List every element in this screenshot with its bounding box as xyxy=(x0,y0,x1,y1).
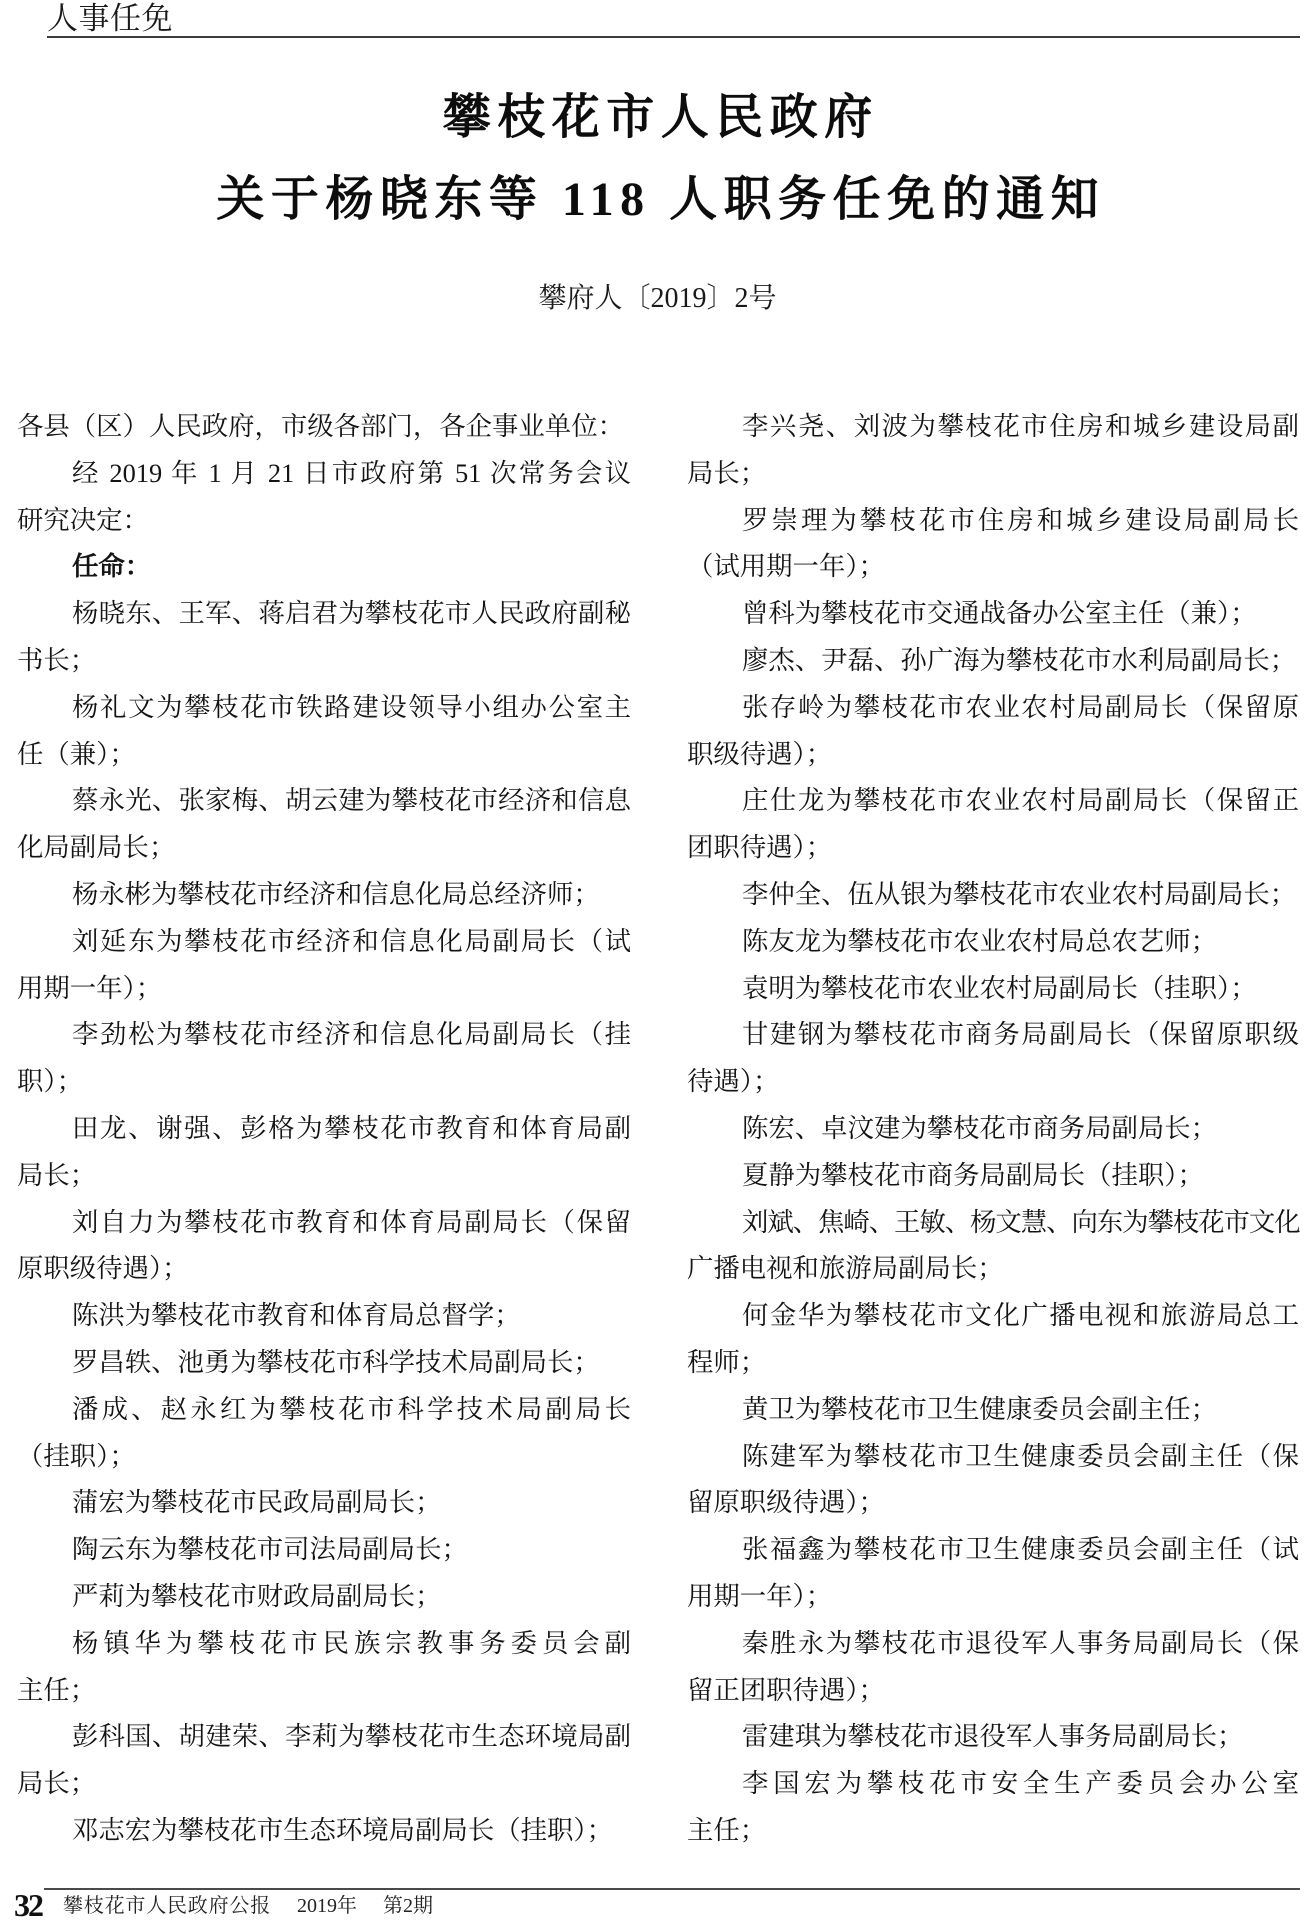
appointment-item: 庄仕龙为攀枝花市农业农村局副局长（保留正 团职待遇）； xyxy=(687,777,1299,871)
section-heading-appoint: 任命： xyxy=(17,543,631,590)
appointment-item: 潘成、赵永红为攀枝花市科学技术局副局长 （挂职）； xyxy=(17,1386,631,1480)
text-line: （挂职）； xyxy=(17,1433,631,1480)
appointment-item: 陈建军为攀枝花市卫生健康委员会副主任（保 留原职级待遇）； xyxy=(687,1433,1299,1527)
title-subject: 关于杨晓东等 118 人职务任免的通知 xyxy=(0,174,1315,226)
text-line: 化局副局长； xyxy=(17,824,631,871)
appointment-item: 黄卫为攀枝花市卫生健康委员会副主任； xyxy=(687,1386,1299,1433)
publication-issue: 第2期 xyxy=(383,1895,433,1917)
footer-publication-info: 攀枝花市人民政府公报2019年第2期 xyxy=(63,1893,433,1919)
text-line: 研究决定： xyxy=(17,497,631,544)
appointment-item: 李兴尧、刘波为攀枝花市住房和城乡建设局副 局长； xyxy=(687,403,1299,497)
text-line: 黄卫为攀枝花市卫生健康委员会副主任； xyxy=(687,1386,1299,1433)
text-line: 职级待遇）； xyxy=(687,731,1299,778)
appointment-item: 彭科国、胡建荣、李莉为攀枝花市生态环境局副 局长； xyxy=(17,1713,631,1807)
appointment-item: 刘斌、焦崎、王敏、杨文慧、向东为攀枝花市文化 广播电视和旅游局副局长； xyxy=(687,1199,1299,1293)
right-column: 李兴尧、刘波为攀枝花市住房和城乡建设局副 局长； 罗崇理为攀枝花市住房和城乡建设… xyxy=(687,403,1299,1854)
text-line: 廖杰、尹磊、孙广海为攀枝花市水利局副局长； xyxy=(687,637,1299,684)
appointment-item: 秦胜永为攀枝花市退役军人事务局副局长（保 留正团职待遇）； xyxy=(687,1620,1299,1714)
appointment-item: 刘延东为攀枝花市经济和信息化局副局长（试 用期一年）； xyxy=(17,918,631,1012)
text-line: 杨镇华为攀枝花市民族宗教事务委员会副 xyxy=(17,1620,631,1667)
appointment-item: 曾科为攀枝花市交通战备办公室主任（兼）； xyxy=(687,590,1299,637)
appointment-item: 陈友龙为攀枝花市农业农村局总农艺师； xyxy=(687,918,1299,965)
text-line: 雷建琪为攀枝花市退役军人事务局副局长； xyxy=(687,1713,1299,1760)
text-line: 陶云东为攀枝花市司法局副局长； xyxy=(17,1526,631,1573)
appointment-item: 杨晓东、王军、蒋启君为攀枝花市人民政府副秘 书长； xyxy=(17,590,631,684)
text-line: 各县（区）人民政府，市级各部门，各企事业单位： xyxy=(17,403,631,450)
text-line: 团职待遇）； xyxy=(687,824,1299,871)
text-line: 用期一年）； xyxy=(17,965,631,1012)
text-line: 刘延东为攀枝花市经济和信息化局副局长（试 xyxy=(17,918,631,965)
text-line: 甘建钢为攀枝花市商务局副局长（保留原职级 xyxy=(687,1011,1299,1058)
appointment-item: 杨永彬为攀枝花市经济和信息化局总经济师； xyxy=(17,871,631,918)
text-line: 主任； xyxy=(687,1807,1299,1854)
left-column: 各县（区）人民政府，市级各部门，各企事业单位： 经 2019 年 1 月 21 … xyxy=(17,403,631,1854)
appointment-item: 陈宏、卓汶建为攀枝花市商务局副局长； xyxy=(687,1105,1299,1152)
appointment-item: 陈洪为攀枝花市教育和体育局总督学； xyxy=(17,1292,631,1339)
appointment-item: 雷建琪为攀枝花市退役军人事务局副局长； xyxy=(687,1713,1299,1760)
appointment-item: 甘建钢为攀枝花市商务局副局长（保留原职级 待遇）； xyxy=(687,1011,1299,1105)
text-line: 主任； xyxy=(17,1667,631,1714)
text-line: 陈洪为攀枝花市教育和体育局总督学； xyxy=(17,1292,631,1339)
text-line: 秦胜永为攀枝花市退役军人事务局副局长（保 xyxy=(687,1620,1299,1667)
title-issuer: 攀枝花市人民政府 xyxy=(0,92,1315,144)
text-line: 田龙、谢强、彭格为攀枝花市教育和体育局副 xyxy=(17,1105,631,1152)
text-line: 陈宏、卓汶建为攀枝花市商务局副局长； xyxy=(687,1105,1299,1152)
text-line: （试用期一年）； xyxy=(687,543,1299,590)
text-line: 广播电视和旅游局副局长； xyxy=(687,1245,1299,1292)
text-line: 蒲宏为攀枝花市民政局副局长； xyxy=(17,1479,631,1526)
text-line: 局长； xyxy=(17,1760,631,1807)
document-number: 攀府人〔2019〕2号 xyxy=(0,283,1315,315)
text-line: 何金华为攀枝花市文化广播电视和旅游局总工 xyxy=(687,1292,1299,1339)
appointment-item: 罗昌轶、池勇为攀枝花市科学技术局副局长； xyxy=(17,1339,631,1386)
appointment-item: 田龙、谢强、彭格为攀枝花市教育和体育局副 局长； xyxy=(17,1105,631,1199)
appointment-item: 李仲全、伍从银为攀枝花市农业农村局副局长； xyxy=(687,871,1299,918)
text-line: 李兴尧、刘波为攀枝花市住房和城乡建设局副 xyxy=(687,403,1299,450)
salutation: 各县（区）人民政府，市级各部门，各企事业单位： xyxy=(17,403,631,450)
text-line: 书长； xyxy=(17,637,631,684)
appointment-item: 张存岭为攀枝花市农业农村局副局长（保留原 职级待遇）； xyxy=(687,684,1299,778)
text-line: 罗崇理为攀枝花市住房和城乡建设局副局长 xyxy=(687,497,1299,544)
appointment-item: 罗崇理为攀枝花市住房和城乡建设局副局长 （试用期一年）； xyxy=(687,497,1299,591)
appointment-item: 刘自力为攀枝花市教育和体育局副局长（保留 原职级待遇）； xyxy=(17,1199,631,1293)
appointment-item: 何金华为攀枝花市文化广播电视和旅游局总工 程师； xyxy=(687,1292,1299,1386)
text-line: 李仲全、伍从银为攀枝花市农业农村局副局长； xyxy=(687,871,1299,918)
text-line: 原职级待遇）； xyxy=(17,1245,631,1292)
publication-name: 攀枝花市人民政府公报 xyxy=(63,1895,271,1917)
bulletin-page: 人事任免 攀枝花市人民政府 关于杨晓东等 118 人职务任免的通知 攀府人〔20… xyxy=(0,0,1315,1924)
page-number: 32 xyxy=(14,1888,42,1922)
text-line: 用期一年）； xyxy=(687,1573,1299,1620)
appointment-item: 李劲松为攀枝花市经济和信息化局副局长（挂 职）； xyxy=(17,1011,631,1105)
text-line: 严莉为攀枝花市财政局副局长； xyxy=(17,1573,631,1620)
text-line: 任（兼）； xyxy=(17,731,631,778)
text-line: 陈友龙为攀枝花市农业农村局总农艺师； xyxy=(687,918,1299,965)
text-line: 蔡永光、张家梅、胡云建为攀枝花市经济和信息 xyxy=(17,777,631,824)
text-line: 夏静为攀枝花市商务局副局长（挂职）； xyxy=(687,1152,1299,1199)
text-line: 曾科为攀枝花市交通战备办公室主任（兼）； xyxy=(687,590,1299,637)
text-line: 局长； xyxy=(17,1152,631,1199)
appointment-item: 张福鑫为攀枝花市卫生健康委员会副主任（试 用期一年）； xyxy=(687,1526,1299,1620)
footer-rule xyxy=(44,1888,1300,1890)
section-heading: 任命： xyxy=(17,543,631,590)
text-line: 李国宏为攀枝花市安全生产委员会办公室 xyxy=(687,1760,1299,1807)
text-line: 彭科国、胡建荣、李莉为攀枝花市生态环境局副 xyxy=(17,1713,631,1760)
text-line: 袁明为攀枝花市农业农村局副局长（挂职）； xyxy=(687,965,1299,1012)
text-line: 待遇）； xyxy=(687,1058,1299,1105)
text-line: 经 2019 年 1 月 21 日市政府第 51 次常务会议 xyxy=(17,450,631,497)
text-line: 职）； xyxy=(17,1058,631,1105)
text-line: 张福鑫为攀枝花市卫生健康委员会副主任（试 xyxy=(687,1526,1299,1573)
appointment-item: 李国宏为攀枝花市安全生产委员会办公室 主任； xyxy=(687,1760,1299,1854)
appointment-item: 夏静为攀枝花市商务局副局长（挂职）； xyxy=(687,1152,1299,1199)
appointment-item: 蔡永光、张家梅、胡云建为攀枝花市经济和信息 化局副局长； xyxy=(17,777,631,871)
text-line: 刘自力为攀枝花市教育和体育局副局长（保留 xyxy=(17,1199,631,1246)
text-line: 潘成、赵永红为攀枝花市科学技术局副局长 xyxy=(17,1386,631,1433)
text-line: 杨礼文为攀枝花市铁路建设领导小组办公室主 xyxy=(17,684,631,731)
publication-year: 2019年 xyxy=(297,1895,357,1917)
text-line: 留原职级待遇）； xyxy=(687,1479,1299,1526)
text-line: 杨晓东、王军、蒋启君为攀枝花市人民政府副秘 xyxy=(17,590,631,637)
appointment-item: 杨礼文为攀枝花市铁路建设领导小组办公室主 任（兼）； xyxy=(17,684,631,778)
text-line: 张存岭为攀枝花市农业农村局副局长（保留原 xyxy=(687,684,1299,731)
text-line: 罗昌轶、池勇为攀枝花市科学技术局副局长； xyxy=(17,1339,631,1386)
text-line: 邓志宏为攀枝花市生态环境局副局长（挂职）； xyxy=(17,1807,631,1854)
preamble: 经 2019 年 1 月 21 日市政府第 51 次常务会议 研究决定： xyxy=(17,450,631,544)
header-rule xyxy=(47,36,1300,38)
appointment-item: 廖杰、尹磊、孙广海为攀枝花市水利局副局长； xyxy=(687,637,1299,684)
text-line: 庄仕龙为攀枝花市农业农村局副局长（保留正 xyxy=(687,777,1299,824)
text-line: 杨永彬为攀枝花市经济和信息化局总经济师； xyxy=(17,871,631,918)
appointment-item: 袁明为攀枝花市农业农村局副局长（挂职）； xyxy=(687,965,1299,1012)
appointment-item: 蒲宏为攀枝花市民政局副局长； xyxy=(17,1479,631,1526)
text-line: 陈建军为攀枝花市卫生健康委员会副主任（保 xyxy=(687,1433,1299,1480)
appointment-item: 杨镇华为攀枝花市民族宗教事务委员会副 主任； xyxy=(17,1620,631,1714)
appointment-item: 严莉为攀枝花市财政局副局长； xyxy=(17,1573,631,1620)
text-line: 李劲松为攀枝花市经济和信息化局副局长（挂 xyxy=(17,1011,631,1058)
appointment-item: 邓志宏为攀枝花市生态环境局副局长（挂职）； xyxy=(17,1807,631,1854)
text-line: 留正团职待遇）； xyxy=(687,1667,1299,1714)
section-label: 人事任免 xyxy=(47,0,173,38)
text-line: 局长； xyxy=(687,450,1299,497)
text-line: 刘斌、焦崎、王敏、杨文慧、向东为攀枝花市文化 xyxy=(687,1199,1299,1246)
text-line: 程师； xyxy=(687,1339,1299,1386)
appointment-item: 陶云东为攀枝花市司法局副局长； xyxy=(17,1526,631,1573)
